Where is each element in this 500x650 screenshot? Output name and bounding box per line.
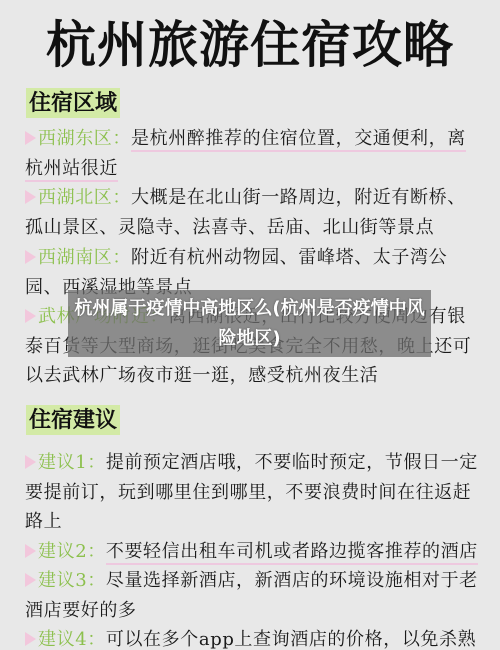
- item-text: 可以在多个app上查询酒店的价格，以免杀熟: [106, 629, 476, 650]
- section-heading-tips: 住宿建议: [26, 405, 120, 435]
- item-label: 西湖北区：: [38, 187, 131, 208]
- list-item: 建议4：可以在多个app上查询酒店的价格，以免杀熟: [25, 625, 480, 650]
- caption-text: 杭州属于疫情中高地区么(杭州是否疫情中风险地区): [68, 290, 431, 354]
- triangle-bullet-icon: [25, 190, 36, 204]
- triangle-bullet-icon: [25, 544, 36, 558]
- triangle-bullet-icon: [25, 632, 36, 646]
- list-item: 西湖北区：大概是在北山街一路周边，附近有断桥、孤山景区、灵隐寺、法喜寺、岳庙、北…: [25, 183, 480, 242]
- list-item: 建议3：尽量选择新酒店，新酒店的环境设施相对于老酒店要好的多: [25, 566, 480, 625]
- triangle-bullet-icon: [25, 309, 36, 323]
- list-item: 建议2：不要轻信出租车司机或者路边揽客推荐的酒店: [25, 537, 480, 567]
- item-text: 不要轻信出租车司机或者路边揽客推荐的酒店: [106, 541, 478, 565]
- item-label: 建议1：: [38, 452, 106, 473]
- item-label: 建议3：: [38, 570, 106, 591]
- triangle-bullet-icon: [25, 250, 36, 264]
- section-heading-areas: 住宿区域: [26, 88, 120, 118]
- list-item: 建议1：提前预定酒店哦，不要临时预定，节假日一定要提前订，玩到哪里住到哪里，不要…: [25, 448, 480, 537]
- item-label: 建议4：: [38, 629, 106, 650]
- list-item: 西湖东区：是杭州醉推荐的住宿位置，交通便利，离杭州站很近: [25, 124, 480, 183]
- item-label: 西湖东区：: [38, 128, 131, 149]
- item-label: 西湖南区：: [38, 247, 131, 268]
- triangle-bullet-icon: [25, 573, 36, 587]
- item-label: 建议2：: [38, 541, 106, 562]
- page-title: 杭州旅游住宿攻略: [0, 14, 500, 76]
- triangle-bullet-icon: [25, 455, 36, 469]
- triangle-bullet-icon: [25, 131, 36, 145]
